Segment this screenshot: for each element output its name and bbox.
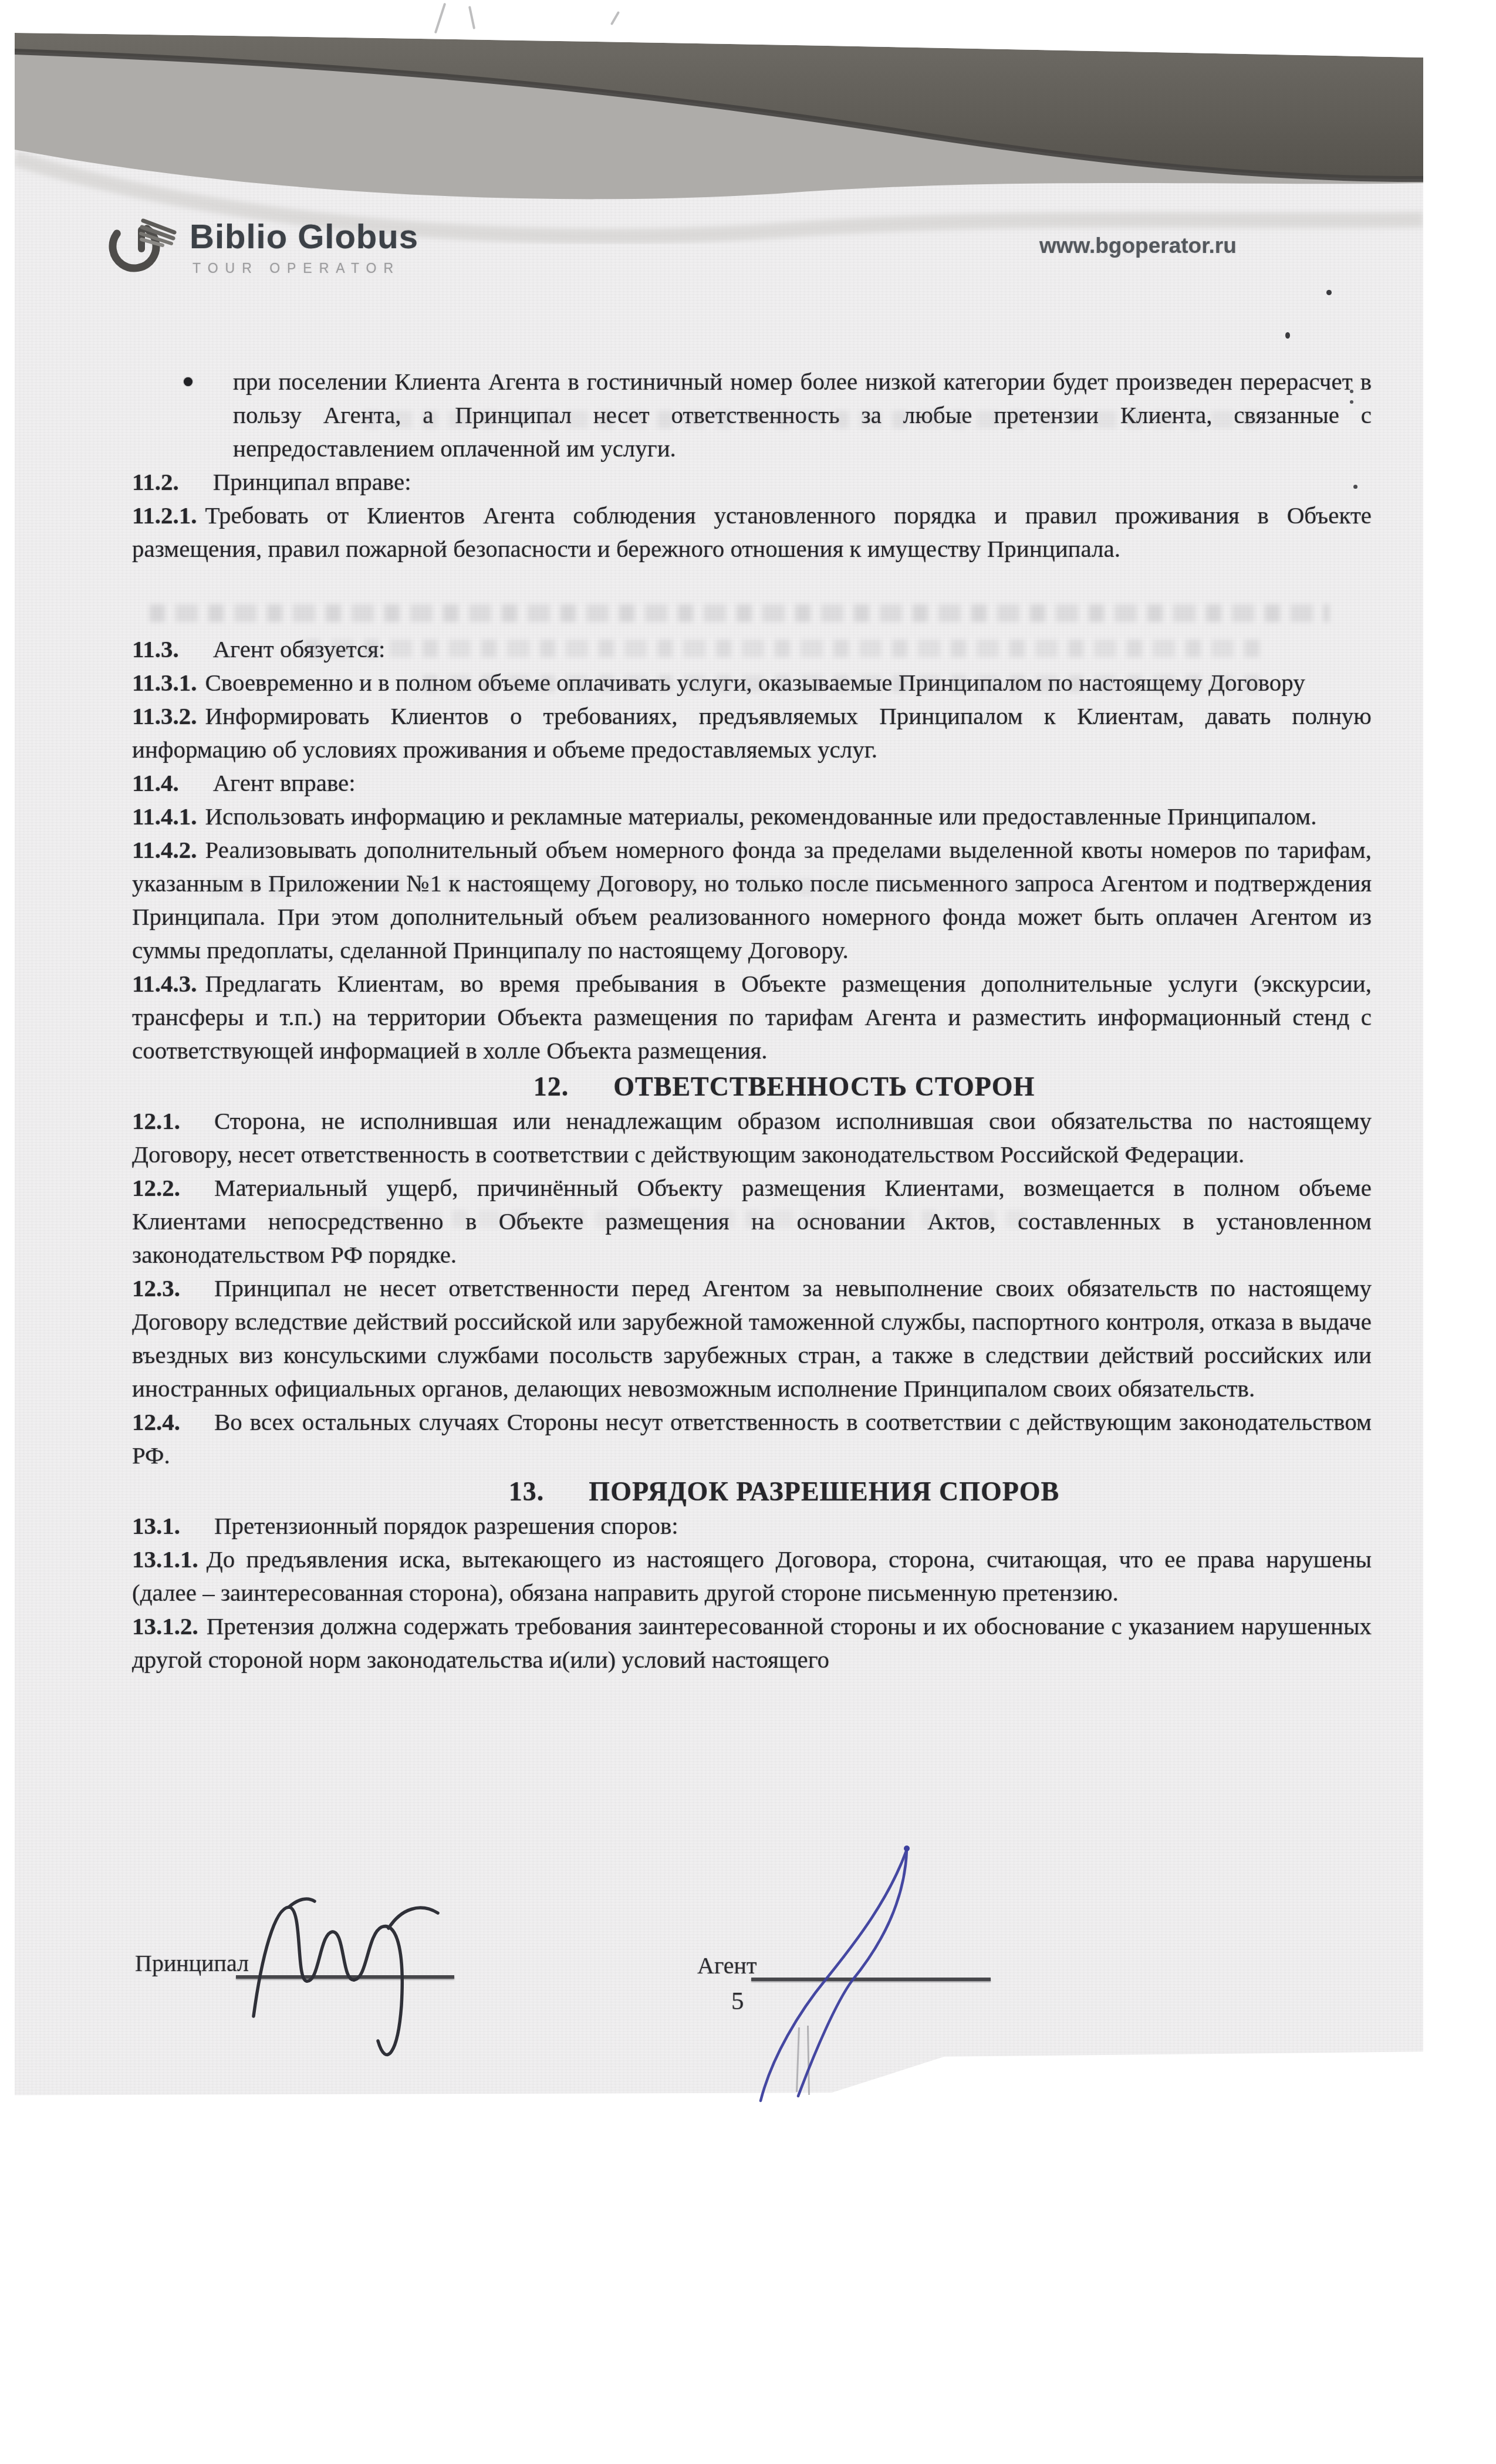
clause-text: Сторона, не исполнившая или ненадлежащим… (132, 1107, 1372, 1168)
bleed-through-artifact (364, 411, 1268, 428)
letterhead: Biblio Globus TOUR OPERATOR www.bgoperat… (107, 210, 1399, 298)
principal-label: Принципал (135, 1949, 249, 1977)
website-url: www.bgoperator.ru (1039, 234, 1237, 258)
scan-speck (1353, 485, 1357, 489)
scan-speck (1326, 290, 1332, 295)
clause-text: До предъявления иска, вытекающего из нас… (132, 1546, 1372, 1606)
section-heading-text: ОТВЕТСТВЕННОСТЬ СТОРОН (613, 1072, 1035, 1101)
clause-text: Во всех остальных случаях Стороны несут … (132, 1408, 1372, 1469)
bleed-through-artifact (211, 878, 1092, 896)
clause-number: 12.1. (132, 1107, 180, 1134)
section-heading: 12.ОТВЕТСТВЕННОСТЬ СТОРОН (132, 1070, 1372, 1103)
scan-speck (1285, 332, 1290, 339)
clause-number: 13.1.1. (132, 1546, 198, 1573)
bleed-through-artifact (150, 604, 1329, 622)
clause-number: 12.4. (132, 1408, 180, 1435)
clause-text: Предлагать Клиентам, во время пребывания… (132, 970, 1372, 1064)
scan-speck (1350, 400, 1353, 404)
clause-text: Претензия должна содержать требования за… (132, 1613, 1372, 1673)
clause-text: Принципал не несет ответственности перед… (132, 1275, 1372, 1402)
contract-clause: 11.4.Агент вправе: (132, 766, 1372, 800)
pencil-smudge (468, 6, 475, 29)
clause-number: 11.3.2. (132, 702, 197, 729)
brand-name: Biblio Globus (190, 217, 418, 256)
contract-clause: 12.3.Принципал не несет ответственности … (132, 1272, 1372, 1405)
clause-number: 12.3. (132, 1275, 180, 1302)
clause-number: 11.4.2. (132, 836, 197, 863)
clause-number: 11.4. (132, 769, 179, 796)
contract-body: при поселении Клиента Агента в гостиничн… (132, 365, 1372, 1677)
scan-speck (1350, 390, 1353, 393)
page-number: 5 (731, 1987, 744, 2016)
contract-clause: 11.3.2.Информировать Клиентов о требован… (132, 699, 1372, 766)
contract-clause: 12.4.Во всех остальных случаях Стороны н… (132, 1405, 1372, 1472)
contract-clause: 11.4.3.Предлагать Клиентам, во время пре… (132, 967, 1372, 1067)
contract-clause: 11.4.2.Реализовывать дополнительный объе… (132, 833, 1372, 967)
clause-text: Использовать информацию и рекламные мате… (205, 803, 1317, 830)
clause-number: 11.4.1. (132, 803, 197, 830)
contract-clause: 13.1.Претензионный порядок разрешения сп… (132, 1509, 1372, 1543)
clause-number: 11.4.3. (132, 970, 197, 997)
clause-number: 11.3.1. (132, 669, 197, 696)
paragraph-gap (132, 566, 1372, 633)
clause-number: 13. (509, 1476, 545, 1506)
clause-number: 13.1. (132, 1512, 180, 1539)
bleed-through-artifact (423, 675, 1262, 692)
clause-text: Информировать Клиентов о требованиях, пр… (132, 702, 1372, 763)
clause-number: 13.1.2. (132, 1613, 198, 1640)
clause-number: 12.2. (132, 1174, 180, 1201)
biblio-globus-logo-icon (107, 212, 179, 273)
section-heading-text: ПОРЯДОК РАЗРЕШЕНИЯ СПОРОВ (589, 1476, 1059, 1506)
contract-clause: 12.1.Сторона, не исполнившая или ненадле… (132, 1104, 1372, 1171)
bleed-through-artifact (305, 640, 1268, 657)
contract-clause: 13.1.1.До предъявления иска, вытекающего… (132, 1543, 1372, 1610)
clause-number: 12. (533, 1072, 569, 1101)
agent-signature-line (751, 1978, 991, 1981)
contract-clause: 11.2.1.Требовать от Клиентов Агента собл… (132, 499, 1372, 566)
clause-text: Требовать от Клиентов Агента соблюдения … (132, 502, 1372, 562)
clause-number: 11.2. (132, 468, 179, 495)
contract-clause: 13.1.2.Претензия должна содержать требов… (132, 1610, 1372, 1677)
principal-signature-line (236, 1975, 454, 1979)
bleed-through-artifact (276, 1210, 1027, 1228)
clause-text: Реализовывать дополнительный объем номер… (132, 836, 1372, 964)
contract-clause: 11.2.Принципал вправе: (132, 465, 1372, 499)
section-heading: 13.ПОРЯДОК РАЗРЕШЕНИЯ СПОРОВ (132, 1475, 1372, 1508)
clause-number: 11.2.1. (132, 502, 197, 529)
clause-text: Агент вправе: (213, 769, 356, 796)
brand-tagline: TOUR OPERATOR (193, 261, 400, 276)
contract-clause: 11.4.1.Использовать информацию и рекламн… (132, 800, 1372, 833)
agent-label: Агент (697, 1952, 757, 1979)
clause-number: 11.3. (132, 636, 179, 663)
clause-text: Претензионный порядок разрешения споров: (214, 1512, 678, 1539)
pencil-smudge (610, 11, 620, 26)
scanned-contract-page: { "header": { "logo": { "brand": "Biblio… (0, 0, 1496, 2464)
clause-text: Принципал вправе: (213, 468, 411, 495)
scan-bottom-edge (15, 2038, 1423, 2100)
